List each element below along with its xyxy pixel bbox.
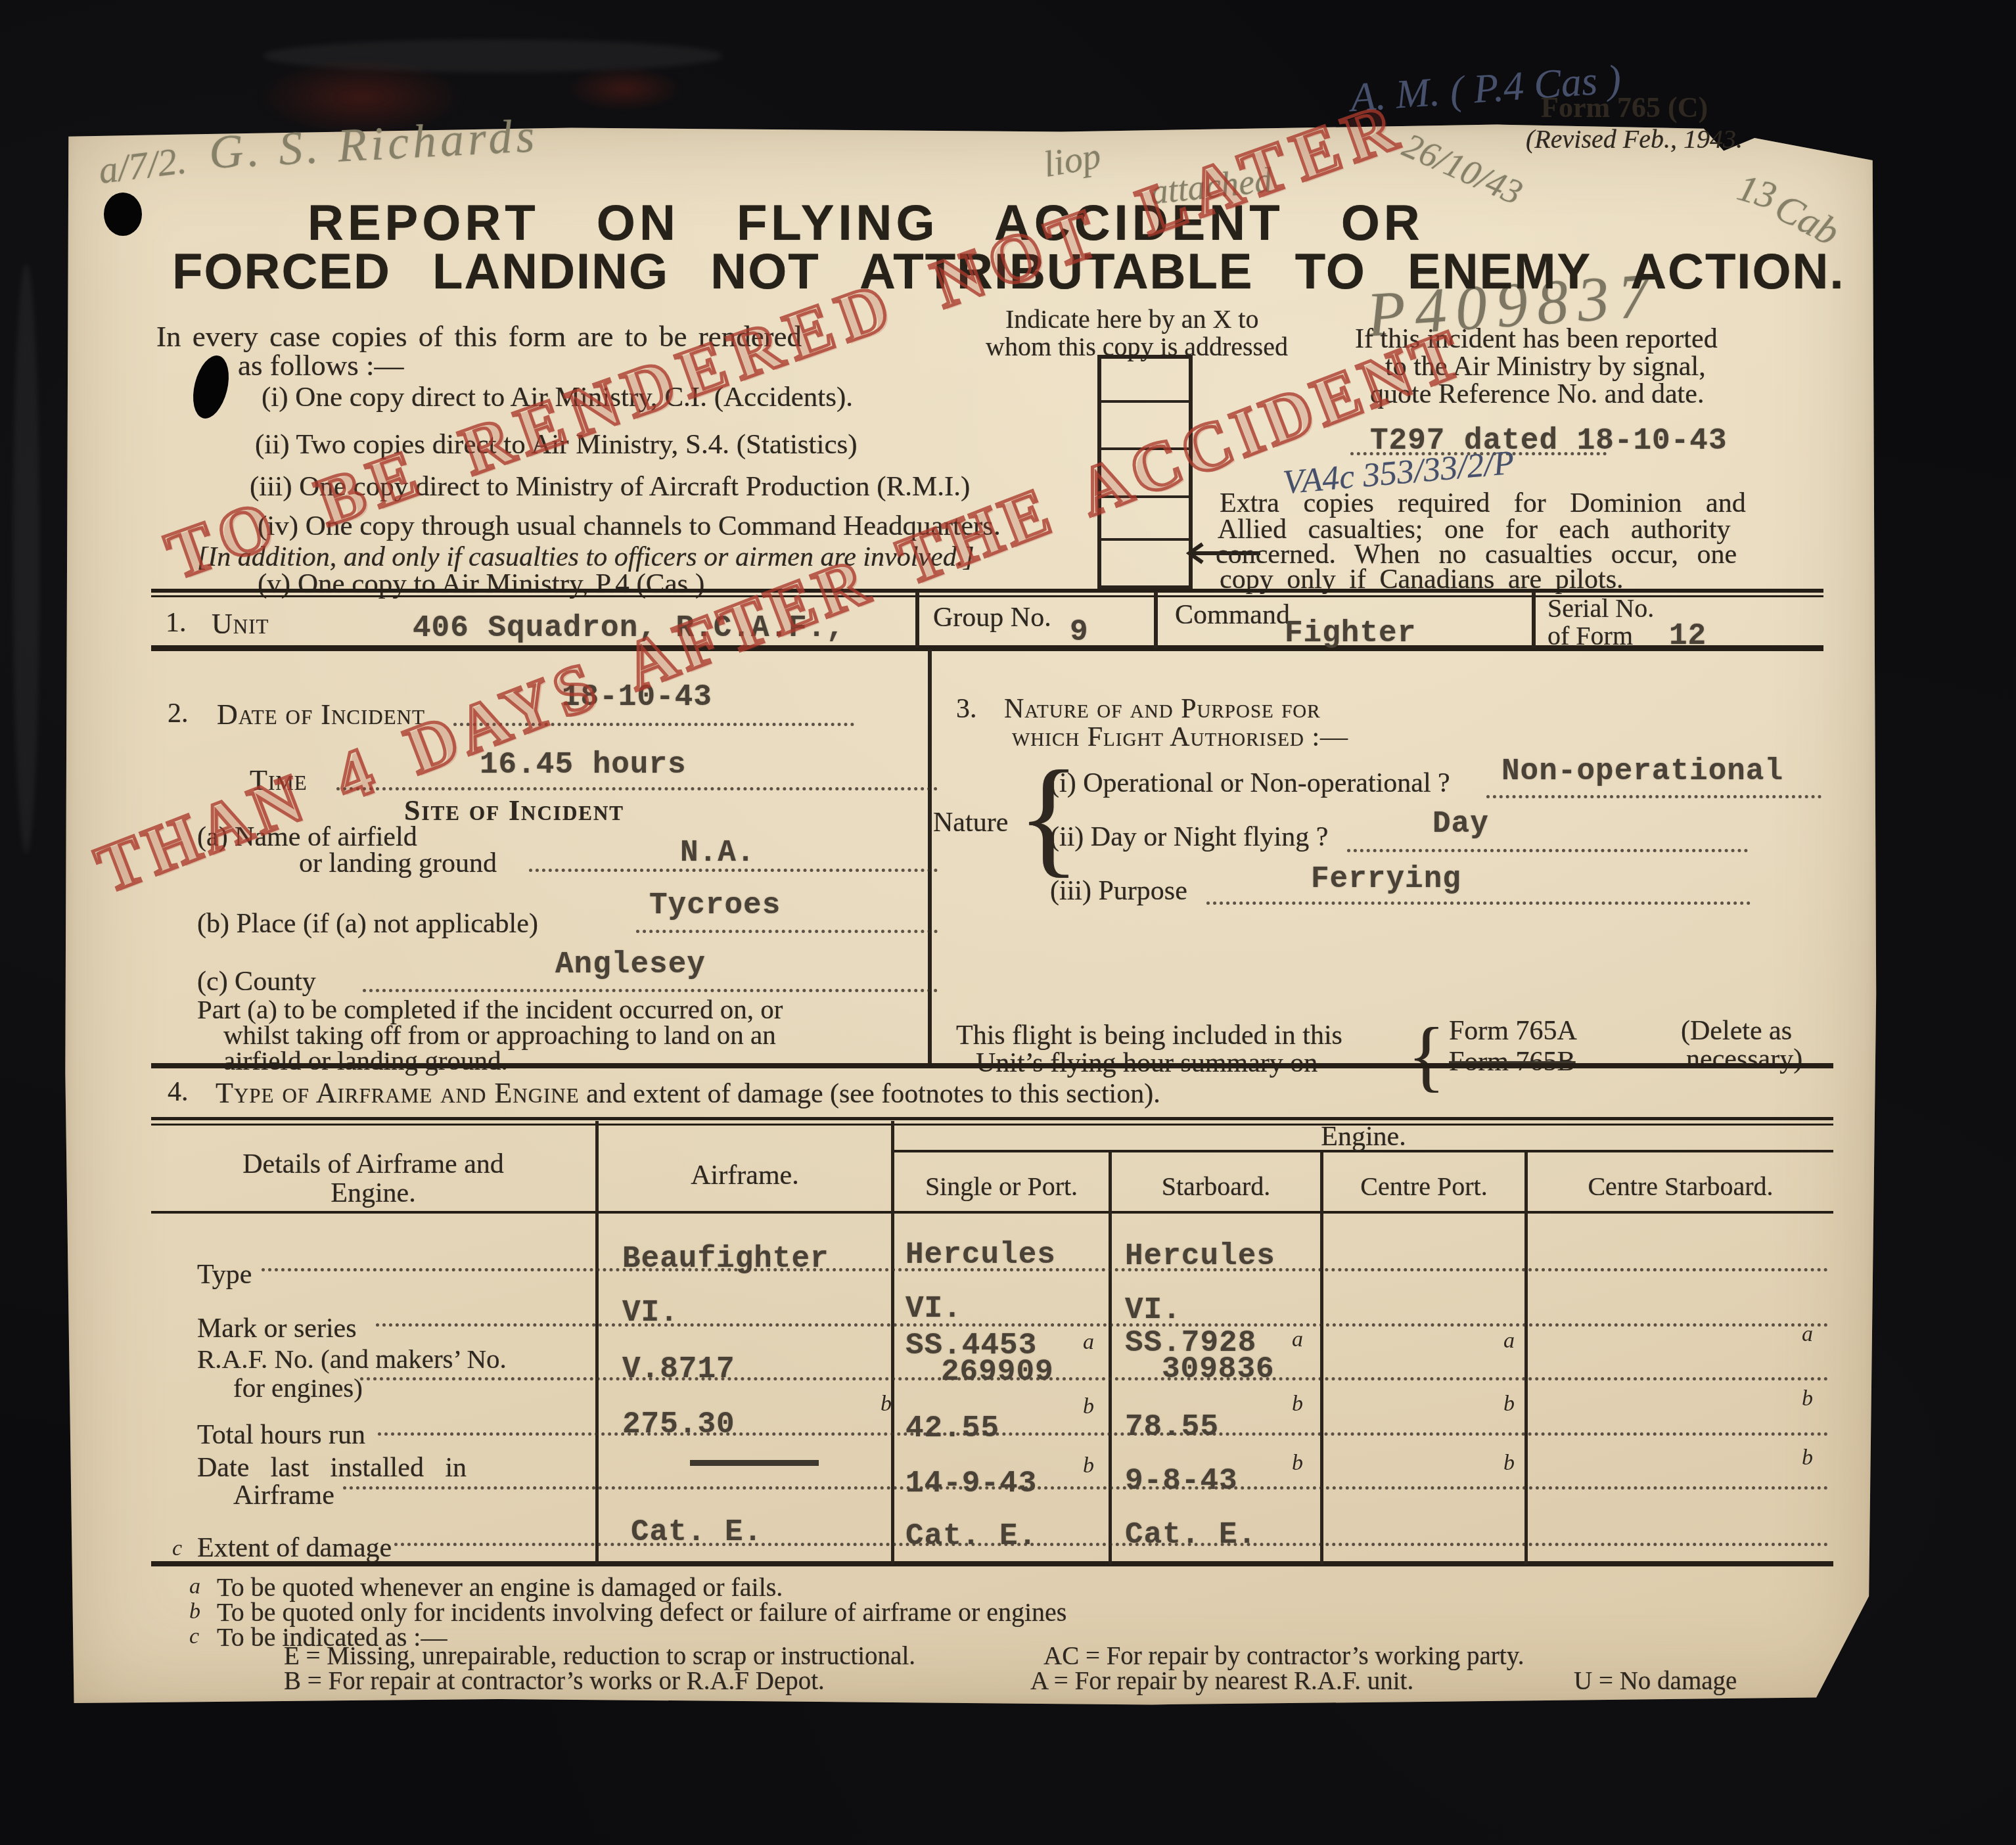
red-ink-smudge [565, 66, 683, 112]
dotted-rule [376, 1323, 1829, 1327]
checkbox-divider [1101, 400, 1189, 403]
row-label-type: Type [197, 1259, 252, 1290]
dotted-rule [360, 1377, 1829, 1380]
place-label: (b) Place (if (a) not applicable) [197, 908, 538, 940]
form-765b-option: Form 765B [1449, 1046, 1576, 1078]
punch-hole [104, 193, 142, 236]
section1-number: 1. [166, 607, 187, 639]
rule [1532, 591, 1536, 648]
group-no-label: Group No. [933, 602, 1051, 633]
hours-port-value: 42.55 [905, 1411, 999, 1446]
day-night-value: Day [1432, 807, 1489, 841]
footnote-c-prefix: c [189, 1624, 199, 1649]
rule [928, 649, 932, 1064]
unit-label: Unit [212, 607, 269, 641]
dotted-rule [363, 989, 938, 992]
command-label: Command [1175, 599, 1290, 631]
command-value: Fighter [1285, 616, 1416, 650]
marker-a: a [1503, 1329, 1515, 1354]
footnote-b-prefix: b [189, 1599, 200, 1624]
delete-note-2: necessary) [1686, 1043, 1802, 1075]
damage-label-prefix: c [172, 1536, 182, 1561]
dotted-rule [1486, 795, 1821, 798]
rule [1154, 591, 1158, 648]
raf-starboard-value-2: 309836 [1162, 1352, 1275, 1386]
purpose-value: Ferrying [1311, 862, 1461, 896]
row-label-damage: Extent of damage [197, 1532, 392, 1564]
marker-b: b [1802, 1386, 1813, 1411]
place-value: Tycroes [649, 888, 781, 922]
day-night-label: (ii) Day or Night flying ? [1050, 821, 1328, 853]
group-no-value: 9 [1070, 615, 1089, 649]
address-box-label-1: Indicate here by an X to [1005, 304, 1258, 334]
damage-port-value: Cat. E. [905, 1519, 1037, 1553]
nature-heading-1: Nature of and Purpose for [1004, 693, 1321, 725]
section2-number: 2. [168, 698, 189, 729]
row-label-raf-2: for engines) [233, 1372, 363, 1403]
scanned-photo: a/7/2. G. S. Richards liop attached 26/1… [0, 0, 2016, 1845]
engine-col-port: Single or Port. [894, 1171, 1109, 1202]
delete-note-1: (Delete as [1681, 1015, 1792, 1047]
type-airframe-value: Beaufighter [622, 1242, 829, 1276]
part-a-note-3: airfield or landing ground. [223, 1045, 508, 1076]
footnote-a-prefix: a [189, 1574, 200, 1599]
row-label-installed-1: Date last installed in [197, 1452, 467, 1484]
row-label-installed-2: Airframe [233, 1480, 334, 1511]
installed-airframe-dash [690, 1460, 819, 1466]
nature-label: Nature [933, 807, 1008, 838]
type-port-value: Hercules [905, 1238, 1056, 1272]
marker-b: b [1503, 1451, 1515, 1476]
rule [151, 1211, 1833, 1214]
dotted-rule [636, 930, 938, 933]
county-value: Anglesey [555, 947, 706, 982]
distribution-intro-2: as follows :— [238, 348, 404, 382]
dotted-rule [529, 869, 938, 872]
section4-heading: Type of Airframe and Engine and extent o… [216, 1076, 1160, 1110]
marker-a: a [1083, 1330, 1094, 1355]
dotted-rule [394, 1543, 1829, 1546]
type-starboard-value: Hercules [1125, 1239, 1275, 1273]
engine-header: Engine. [894, 1121, 1833, 1152]
section4-heading-rest: and extent of damage (see footnotes to t… [580, 1079, 1160, 1109]
serial-no-label-1: Serial No. [1547, 593, 1654, 624]
section3-number: 3. [956, 693, 977, 725]
details-header-1: Details of Airframe and [151, 1149, 595, 1180]
site-of-incident-heading: Site of Incident [404, 794, 624, 827]
marker-b: b [1292, 1392, 1303, 1417]
marker-b: b [1083, 1394, 1094, 1419]
marker-b: b [1802, 1446, 1813, 1470]
damage-airframe-value: Cat. E. [631, 1515, 762, 1549]
dotted-rule [378, 1432, 1829, 1436]
legend-u: U = No damage [1574, 1666, 1737, 1696]
flying-summary-1: This flight is being included in this [956, 1020, 1342, 1051]
rule [151, 1561, 1833, 1566]
rule [151, 1117, 1833, 1120]
rule [151, 1063, 1833, 1068]
row-label-mark: Mark or series [197, 1313, 357, 1344]
dotted-rule [1347, 849, 1748, 852]
airfield-value: N.A. [680, 836, 755, 870]
section4-number: 4. [168, 1076, 189, 1108]
dotted-rule [343, 1486, 1829, 1490]
nature-brace: { [1017, 741, 1080, 892]
form-765a-option: Form 765A [1449, 1015, 1577, 1047]
checkbox-divider [1101, 538, 1189, 541]
hours-airframe-value: 275.30 [622, 1407, 735, 1442]
engine-col-starboard: Starboard. [1112, 1171, 1320, 1202]
damage-starboard-value: Cat. E. [1125, 1518, 1256, 1552]
rule [1524, 1152, 1528, 1564]
form-revision: (Revised Feb., 1943. [1526, 124, 1743, 154]
operational-value: Non-operational [1501, 754, 1783, 788]
section4-heading-caps: Type of Airframe and Engine [216, 1077, 580, 1109]
marker-b: b [1083, 1453, 1094, 1478]
operational-label: (i) Operational or Non-operational ? [1050, 767, 1450, 799]
mark-starboard-value: VI. [1125, 1293, 1181, 1327]
serial-no-label-2: of Form [1547, 620, 1633, 651]
serial-no-value: 12 [1669, 619, 1707, 653]
rule [1109, 1152, 1112, 1564]
marker-a: a [1292, 1327, 1303, 1352]
marker-b: b [881, 1392, 892, 1417]
installed-port-value: 14-9-43 [905, 1467, 1037, 1501]
row-label-raf-1: R.A.F. No. (and makers’ No. [197, 1343, 507, 1375]
legend-b: B = For repair at contractor’s works or … [284, 1666, 825, 1696]
scan-streak [13, 263, 39, 854]
airframe-header: Airframe. [599, 1160, 891, 1191]
form-number: Form 765 (C) [1541, 91, 1708, 124]
marker-b: b [1503, 1392, 1515, 1417]
marker-b: b [1292, 1451, 1303, 1476]
installed-starboard-value: 9-8-43 [1125, 1464, 1238, 1498]
engine-col-centre-port: Centre Port. [1323, 1171, 1524, 1202]
purpose-label: (iii) Purpose [1050, 875, 1187, 907]
marker-a: a [1802, 1322, 1813, 1347]
hours-starboard-value: 78.55 [1125, 1410, 1219, 1444]
mark-port-value: VI. [905, 1292, 962, 1326]
mark-airframe-value: VI. [622, 1296, 679, 1330]
dotted-rule [1206, 901, 1751, 905]
engine-col-centre-starboard: Centre Starboard. [1528, 1171, 1833, 1202]
form-brace: { [1408, 1011, 1446, 1101]
county-label: (c) County [197, 966, 316, 997]
legend-a: A = For repair by nearest R.A.F. unit. [1030, 1666, 1413, 1696]
raf-port-value-2: 269909 [941, 1355, 1054, 1389]
rule [1320, 1152, 1323, 1564]
details-header-2: Engine. [151, 1177, 595, 1209]
row-label-hours: Total hours run [197, 1419, 365, 1451]
raf-airframe-value: V.8717 [622, 1352, 735, 1386]
airfield-label-2: or landing ground [299, 848, 497, 879]
